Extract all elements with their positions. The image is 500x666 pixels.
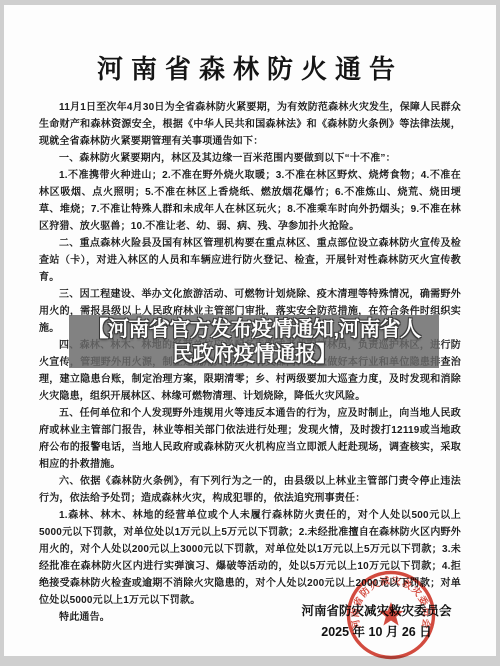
- body-paragraph-intro: 11月1日至次年4月30日为全省森林防火紧要期，为有效防范森林火灾发生，保障人民…: [39, 99, 461, 150]
- caption-line-1: 【河南省官方发布疫情通知,河南省人: [87, 317, 420, 342]
- body-paragraph-item1: 一、森林防火紧要期内，林区及其边缘一百米范围内要做到以下“十不准”：: [39, 150, 461, 167]
- signature-date: 2025 年 10 月 26 日: [249, 622, 500, 643]
- page-title: 河南省森林防火通告: [4, 49, 496, 86]
- caption-overlay: 【河南省官方发布疫情通知,河南省人 民政府疫情通报】: [69, 315, 439, 368]
- document-page: 河南省森林防火通告 11月1日至次年4月30日为全省森林防火紧要期，为有效防范森…: [4, 5, 496, 656]
- body-paragraph-item5: 五、任何单位和个人发现野外违规用火等违反本通告的行为，应及时制止，向当地人民政府…: [39, 405, 461, 473]
- signature-org: 河南省防灾减灾救灾委员会: [249, 601, 500, 622]
- signature-block: 河南省防灾减灾救灾委员会 2025 年 10 月 26 日: [249, 601, 500, 643]
- body-paragraph-ten-nos: 1.不准携带火种进山；2.不准在野外烧火取暖；3.不准在林区野炊、烧烤食物；4.…: [39, 167, 461, 235]
- body-paragraph-item2: 二、重点森林火险县及国有林区管理机构要在重点林区、重点部位设立森林防火宣传及检查…: [39, 235, 461, 286]
- caption-line-2: 民政府疫情通报】: [172, 342, 336, 367]
- body-paragraph-item6: 六、依据《森林防火条例》，有下列行为之一的，由县级以上林业主管部门责令停止违法行…: [39, 473, 461, 507]
- body-paragraph-penalties: 1.森林、林木、林地的经营单位或个人未履行森林防火责任的，对个人处以500元以上…: [39, 507, 461, 609]
